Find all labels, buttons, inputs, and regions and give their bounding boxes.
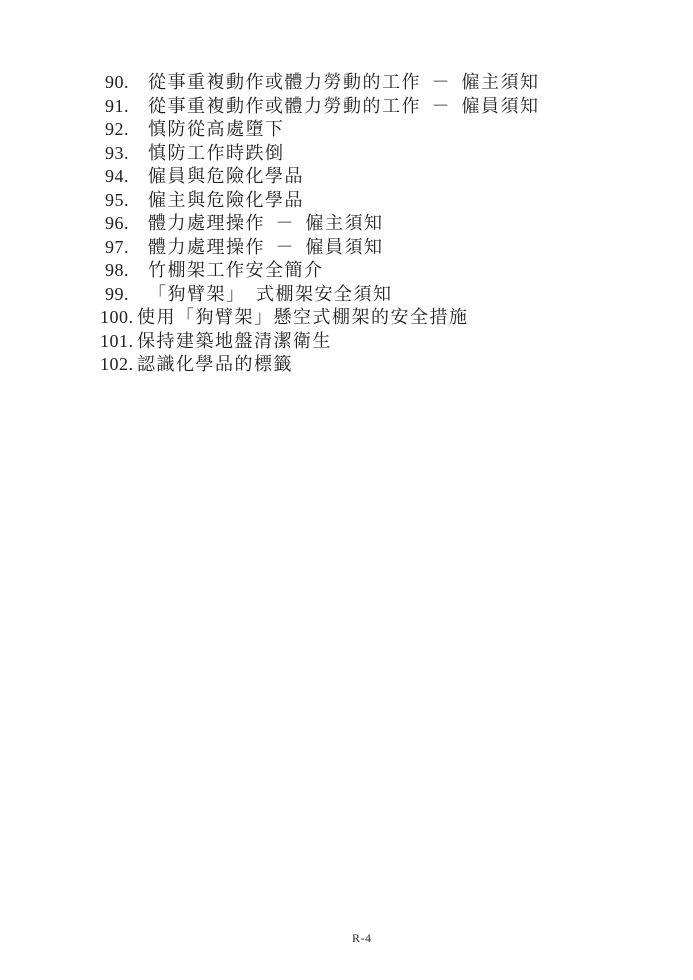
item-text: 慎防從高處墮下: [148, 118, 285, 142]
item-number: 93.: [105, 142, 129, 166]
list-item: 102. 認識化學品的標籤: [0, 353, 693, 377]
page-number: R-4: [352, 931, 372, 946]
item-number: 92.: [105, 118, 129, 142]
list-item: 98. 竹棚架工作安全簡介: [0, 259, 693, 283]
item-text: 從事重複動作或體力勞動的工作 － 僱主須知: [148, 71, 540, 95]
list-item: 101. 保持建築地盤清潔衛生: [0, 330, 693, 354]
list-item: 95. 僱主與危險化學品: [0, 189, 693, 213]
item-number: 100.: [100, 306, 134, 330]
item-number: 97.: [105, 236, 129, 260]
item-text: 體力處理操作 － 僱主須知: [148, 212, 384, 236]
item-number: 91.: [105, 95, 129, 119]
list-item: 90. 從事重複動作或體力勞動的工作 － 僱主須知: [0, 71, 693, 95]
list-item: 92. 慎防從高處墮下: [0, 118, 693, 142]
item-text: 從事重複動作或體力勞動的工作 － 僱員須知: [148, 95, 540, 119]
list-item: 97. 體力處理操作 － 僱員須知: [0, 236, 693, 260]
item-number: 96.: [105, 212, 129, 236]
item-text: 使用「狗臂架」懸空式棚架的安全措施: [137, 306, 469, 330]
item-text: 體力處理操作 － 僱員須知: [148, 236, 384, 260]
item-number: 101.: [100, 330, 134, 354]
item-number: 99.: [105, 283, 129, 307]
numbered-list: 90. 從事重複動作或體力勞動的工作 － 僱主須知 91. 從事重複動作或體力勞…: [0, 71, 693, 377]
list-item: 96. 體力處理操作 － 僱主須知: [0, 212, 693, 236]
item-number: 90.: [105, 71, 129, 95]
item-text: 僱員與危險化學品: [148, 165, 304, 189]
list-item: 93. 慎防工作時跌倒: [0, 142, 693, 166]
item-text: 竹棚架工作安全簡介: [148, 259, 324, 283]
item-text: 保持建築地盤清潔衛生: [137, 330, 332, 354]
item-number: 95.: [105, 189, 129, 213]
list-item: 99. 「狗臂架」 式棚架安全須知: [0, 283, 693, 307]
item-text: 慎防工作時跌倒: [148, 142, 285, 166]
list-item: 94. 僱員與危險化學品: [0, 165, 693, 189]
item-number: 102.: [100, 353, 134, 377]
item-text: 僱主與危險化學品: [148, 189, 304, 213]
item-text: 「狗臂架」 式棚架安全須知: [148, 283, 393, 307]
list-item: 100. 使用「狗臂架」懸空式棚架的安全措施: [0, 306, 693, 330]
item-number: 94.: [105, 165, 129, 189]
item-text: 認識化學品的標籤: [137, 353, 293, 377]
document-page: 90. 從事重複動作或體力勞動的工作 － 僱主須知 91. 從事重複動作或體力勞…: [0, 0, 693, 980]
list-item: 91. 從事重複動作或體力勞動的工作 － 僱員須知: [0, 95, 693, 119]
item-number: 98.: [105, 259, 129, 283]
